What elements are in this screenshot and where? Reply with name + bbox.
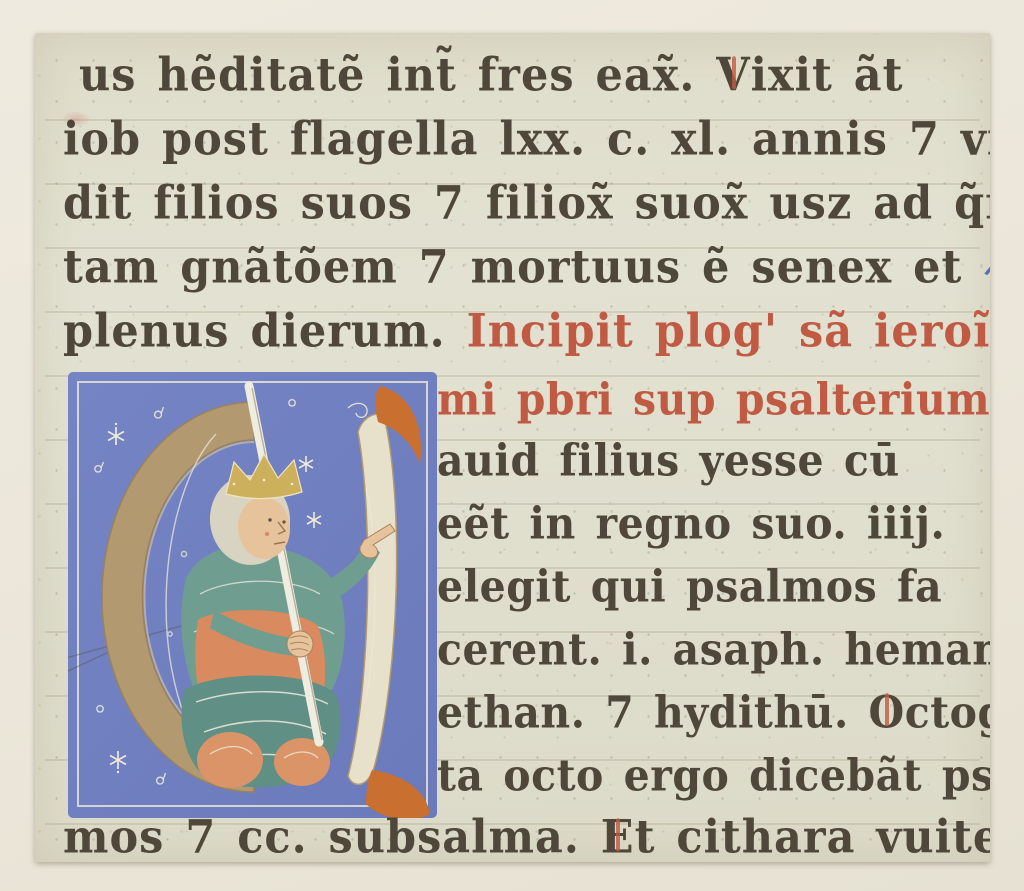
versal-capital: E [601, 815, 635, 861]
text-segment: mi pbri sup psalterium [437, 374, 990, 425]
text-segment: elegit qui psalmos fa [437, 561, 942, 612]
versal-capital: V [716, 53, 750, 99]
initial-artwork [68, 372, 437, 818]
text-line-7: eẽt in regno suo. iiij. [437, 502, 945, 546]
text-segment: / [983, 236, 990, 285]
eye [282, 520, 285, 523]
versal-capital: O [869, 691, 905, 735]
text-segment: tam gnãtõem 7 mortuus ẽ senex et [63, 241, 983, 295]
text-segment: cerent. i. asaph. heman. [437, 624, 990, 675]
text-line-3: dit filios suos 7 filiox̃ suox̃ usz ad q… [63, 181, 990, 227]
text-segment: iob post flagella lxx. c. xl. annis 7 vi [63, 113, 990, 167]
text-segment: Incipit plog' sã ieroĩm [467, 305, 990, 359]
text-line-10: ethan. 7 hydithū. Octogi [437, 691, 990, 735]
text-line-11: ta octo ergo dicebãt psal [437, 754, 990, 798]
text-segment: ctogi [905, 687, 990, 738]
text-line-12: mos 7 cc. subsalma. Et cithara vuite [63, 815, 990, 861]
rubric-line-2: mi pbri sup psalterium [437, 378, 990, 422]
text-line-2: iob post flagella lxx. c. xl. annis 7 vi [63, 117, 990, 163]
text-segment: t cithara vuite [635, 811, 990, 862]
text-segment: ta octo ergo dicebãt psal [437, 750, 990, 801]
text-segment: mos 7 cc. subsalma. [63, 811, 601, 862]
text-segment: us hẽditatẽ int̃ fres eax̃. [79, 49, 716, 103]
text-segment: eẽt in regno suo. iiij. [437, 498, 945, 549]
text-segment: plenus dierum. [63, 305, 467, 359]
eye [268, 518, 271, 521]
text-line-5: plenus dierum. Incipit plog' sã ieroĩm [63, 309, 990, 355]
manuscript-fragment: us hẽditatẽ int̃ fres eax̃. Vixit ãt iob… [35, 33, 990, 862]
knee [197, 732, 263, 788]
text-line-1: us hẽditatẽ int̃ fres eax̃. Vixit ãt [79, 53, 904, 99]
text-segment: ethan. 7 hydithū. [437, 687, 869, 738]
text-line-6: auid filius yesse cū [437, 439, 900, 483]
text-line-4: tam gnãtõem 7 mortuus ẽ senex et / [63, 245, 990, 291]
text-line-8: elegit qui psalmos fa [437, 565, 942, 609]
text-line-9: cerent. i. asaph. heman. [437, 628, 990, 672]
cheek [265, 532, 269, 536]
text-segment: auid filius yesse cū [437, 435, 900, 486]
text-segment: ixit ãt [751, 49, 904, 103]
text-segment: dit filios suos 7 filiox̃ suox̃ usz ad q… [63, 177, 990, 231]
photo-mat: us hẽditatẽ int̃ fres eax̃. Vixit ãt iob… [0, 0, 1024, 891]
illuminated-initial-D [68, 372, 437, 818]
